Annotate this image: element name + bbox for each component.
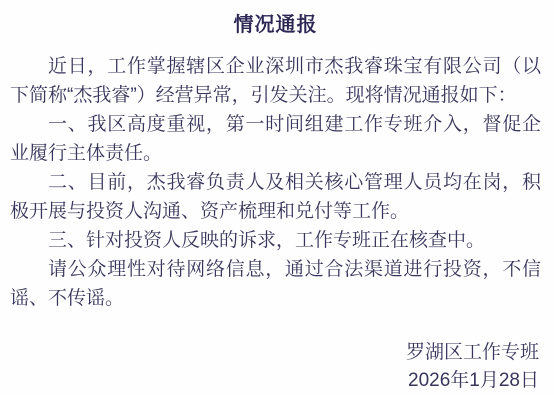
notice-body: 近日，工作掌握辖区企业深圳市杰我睿珠宝有限公司（以下简称“杰我睿”）经营异常，引…: [10, 52, 541, 313]
notice-title: 情况通报: [10, 12, 541, 38]
signature-issuer: 罗湖区工作专班: [10, 339, 539, 367]
notice-paragraph-item-2: 二、目前，杰我睿负责人及相关核心管理人员均在岗，积极开展与投资人沟通、资产梳理和…: [10, 168, 541, 226]
notice-paragraph-item-1: 一、我区高度重视，第一时间组建工作专班介入，督促企业履行主体责任。: [10, 110, 541, 168]
notice-document: 情况通报 近日，工作掌握辖区企业深圳市杰我睿珠宝有限公司（以下简称“杰我睿”）经…: [0, 0, 554, 395]
notice-paragraph-intro: 近日，工作掌握辖区企业深圳市杰我睿珠宝有限公司（以下简称“杰我睿”）经营异常，引…: [10, 52, 541, 110]
notice-paragraph-item-3: 三、针对投资人反映的诉求，工作专班正在核查中。: [10, 226, 541, 255]
notice-paragraph-closing: 请公众理性对待网络信息，通过合法渠道进行投资，不信谣、不传谣。: [10, 255, 541, 313]
signature-block: 罗湖区工作专班 2026年1月28日: [10, 339, 541, 395]
signature-date: 2026年1月28日: [10, 367, 539, 395]
